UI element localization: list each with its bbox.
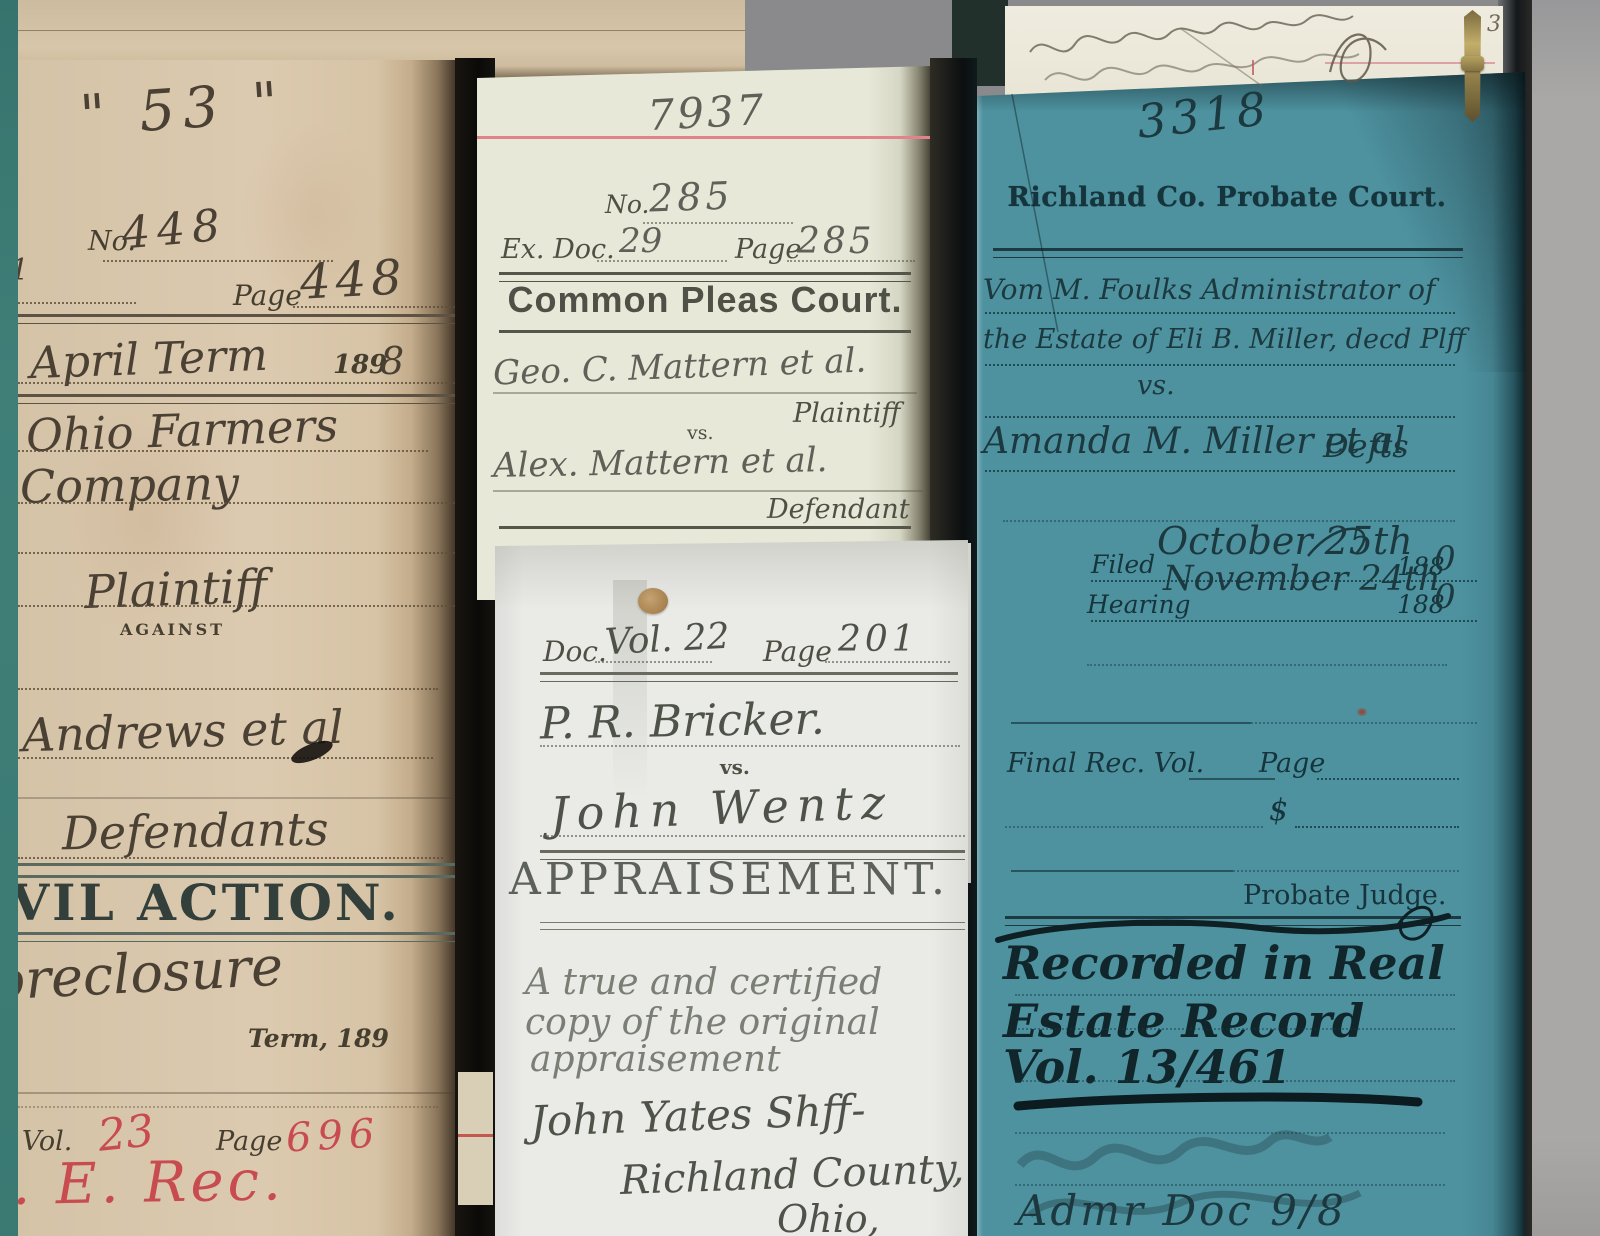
- scanned-court-documents: " 53 " No. 448 1 Page 448 April Term 189…: [0, 0, 1600, 1236]
- double-rule: [993, 248, 1463, 258]
- record-note: R. E. Rec.: [18, 1153, 285, 1215]
- ruled-line: [18, 857, 443, 859]
- docket-number: 3318: [1135, 85, 1272, 145]
- probate-folder: 3318 Richland Co. Probate Court. Vom M. …: [977, 72, 1525, 1236]
- ruled-line: [985, 364, 1455, 366]
- no-label: No.: [605, 192, 649, 217]
- faint-line: [18, 1092, 455, 1094]
- case-corner-number: " 53 ": [76, 75, 289, 146]
- foreclosure-folder: " 53 " No. 448 1 Page 448 April Term 189…: [18, 60, 455, 1236]
- plaintiff-name: P. R. Bricker.: [540, 698, 825, 747]
- double-rule: [540, 922, 965, 930]
- ruled-line: [985, 416, 1455, 418]
- ruled-line: [985, 470, 1455, 472]
- common-pleas-folder: 7937 No. 285 Ex. Doc. 29 Page 285 Common…: [477, 66, 932, 600]
- judge-label: Probate Judge.: [1243, 882, 1446, 909]
- defendant-name: Andrews et al: [21, 704, 344, 758]
- faint-line: [493, 490, 923, 492]
- ruled-line: [18, 688, 438, 690]
- action-heading: IVIL ACTION.: [18, 878, 401, 928]
- buried-paper-red-line: [458, 1134, 493, 1137]
- filed-value: October 25th: [1157, 522, 1413, 560]
- against-label: AGAINST: [120, 622, 225, 638]
- ruled-line: [1005, 826, 1263, 828]
- signed-place2: Ohio,: [777, 1200, 880, 1236]
- defendant-role: Defts: [1323, 430, 1409, 462]
- record-page-value: 696: [285, 1114, 381, 1159]
- recorded-line1: Recorded in Real: [1003, 940, 1445, 986]
- ruled-line: [18, 1106, 438, 1108]
- filed-label: Filed: [1091, 552, 1155, 577]
- ruled-line: [1091, 620, 1477, 622]
- party-line1: Vom M. Foulks Administrator of: [983, 276, 1435, 304]
- double-rule: [1005, 916, 1461, 926]
- court-heading: Richland Co. Probate Court.: [993, 184, 1461, 211]
- ex-doc-label: Ex. Doc.: [501, 236, 615, 263]
- ex-doc-value: 29: [619, 224, 662, 258]
- scrap-corner-mark: 3: [1487, 14, 1501, 36]
- faint-line: [18, 797, 455, 799]
- ruled-line: [1251, 722, 1477, 724]
- ruled-line: [985, 312, 1455, 314]
- ruled-line: [18, 302, 136, 304]
- court-heading: Common Pleas Court.: [499, 282, 911, 318]
- page-label: Page: [735, 236, 801, 263]
- appraisement-folder: Doc. Vol. 22 Page 201 P. R. Bricker. vs.…: [495, 540, 968, 1236]
- faint-line: [1011, 870, 1233, 872]
- double-rule: [540, 672, 958, 682]
- plaintiff-name: Geo. C. Mattern et al.: [493, 343, 867, 390]
- recorded-line3: Vol. 13/461: [1003, 1044, 1292, 1090]
- ruled-line: [18, 382, 455, 384]
- plaintiff-label: Plaintiff: [793, 400, 901, 427]
- rule: [499, 330, 911, 333]
- page-value: 201: [838, 622, 919, 658]
- ruled-line: [18, 757, 433, 759]
- doc-value: Vol. 22: [604, 619, 730, 661]
- ruled-line: [1233, 870, 1459, 872]
- page-label: Page: [233, 282, 302, 310]
- defendant-name: John Wentz: [549, 779, 894, 837]
- vs-label: vs.: [720, 757, 750, 777]
- ruled-line: [597, 260, 727, 262]
- recorded-line2: Estate Record: [1003, 998, 1364, 1044]
- ruled-line: [18, 502, 455, 504]
- term-written: April Term: [29, 334, 268, 386]
- party-line2: the Estate of Eli B. Miller, decd Plff: [983, 326, 1466, 353]
- final-page-label: Page: [1259, 750, 1325, 777]
- ruled-line: [1015, 1132, 1445, 1134]
- brass-fastener-collar: [1461, 56, 1484, 71]
- ruled-line: [1317, 778, 1459, 780]
- plaintiff-role: Plaintiff: [83, 563, 268, 615]
- ruled-line: [18, 605, 455, 607]
- record-vol-label: d Vol.: [18, 1128, 72, 1155]
- term-footer: Term, 189: [248, 1026, 389, 1051]
- note-line1: A true and certified: [525, 965, 882, 1001]
- ruled-line: [18, 552, 455, 554]
- faint-line: [1011, 722, 1251, 724]
- action-written: Foreclosure: [18, 940, 284, 1011]
- defendant-role: Defendants: [62, 806, 329, 857]
- no-value: 285: [648, 177, 734, 218]
- ruled-line: [1015, 1028, 1455, 1030]
- ruled-line: [540, 835, 965, 837]
- margin-mark: 1: [18, 256, 29, 286]
- faint-line: [493, 392, 917, 394]
- ruled-line: [1295, 826, 1459, 828]
- signed-by: John Yates Shff-: [529, 1089, 866, 1143]
- rule: [499, 526, 911, 529]
- term-year-written: 8: [380, 342, 404, 380]
- final-rec-label: Final Rec. Vol.: [1007, 750, 1204, 777]
- ruled-line: [825, 661, 950, 663]
- fold-crease-line: [18, 30, 745, 31]
- defendant-label: Defendant: [767, 496, 910, 523]
- double-rule: [18, 314, 455, 324]
- right-background-strip: [1528, 0, 1600, 1236]
- appraisement-title: APPRAISEMENT.: [503, 858, 955, 902]
- no-value: 448: [120, 204, 228, 257]
- vs-label: vs.: [1137, 372, 1175, 399]
- amount-label: $: [1269, 796, 1288, 826]
- ruled-line: [1015, 1080, 1455, 1082]
- page-value: 285: [797, 224, 875, 260]
- defendant-name: Alex. Mattern et al.: [493, 443, 828, 483]
- red-rule: [477, 136, 932, 139]
- ruled-line: [540, 745, 960, 747]
- ruled-line: [643, 222, 793, 224]
- ruled-line: [1087, 664, 1447, 666]
- ruled-line: [787, 260, 915, 262]
- ruled-line: [18, 450, 428, 452]
- note-line2: copy of the original: [525, 1005, 880, 1041]
- hearing-year-written: 0: [1434, 580, 1456, 614]
- top-mottling: [495, 540, 968, 610]
- grommet-icon: [638, 588, 668, 614]
- admr-note: Admr Doc 9/8: [1017, 1190, 1347, 1232]
- page-label: Page: [763, 638, 832, 666]
- ruled-line: [595, 661, 712, 663]
- docket-number: 7937: [626, 88, 788, 138]
- vs-label: vs.: [687, 424, 714, 443]
- ruled-line: [293, 306, 455, 308]
- note-line3: appraisement: [530, 1042, 781, 1078]
- rust-spot: [1357, 708, 1367, 716]
- left-background-strip: [0, 0, 18, 1236]
- buried-paper-edge: [458, 1072, 493, 1205]
- water-streak: [613, 580, 647, 800]
- signed-place1: Richland County,: [619, 1149, 964, 1201]
- page-value: 448: [299, 253, 408, 307]
